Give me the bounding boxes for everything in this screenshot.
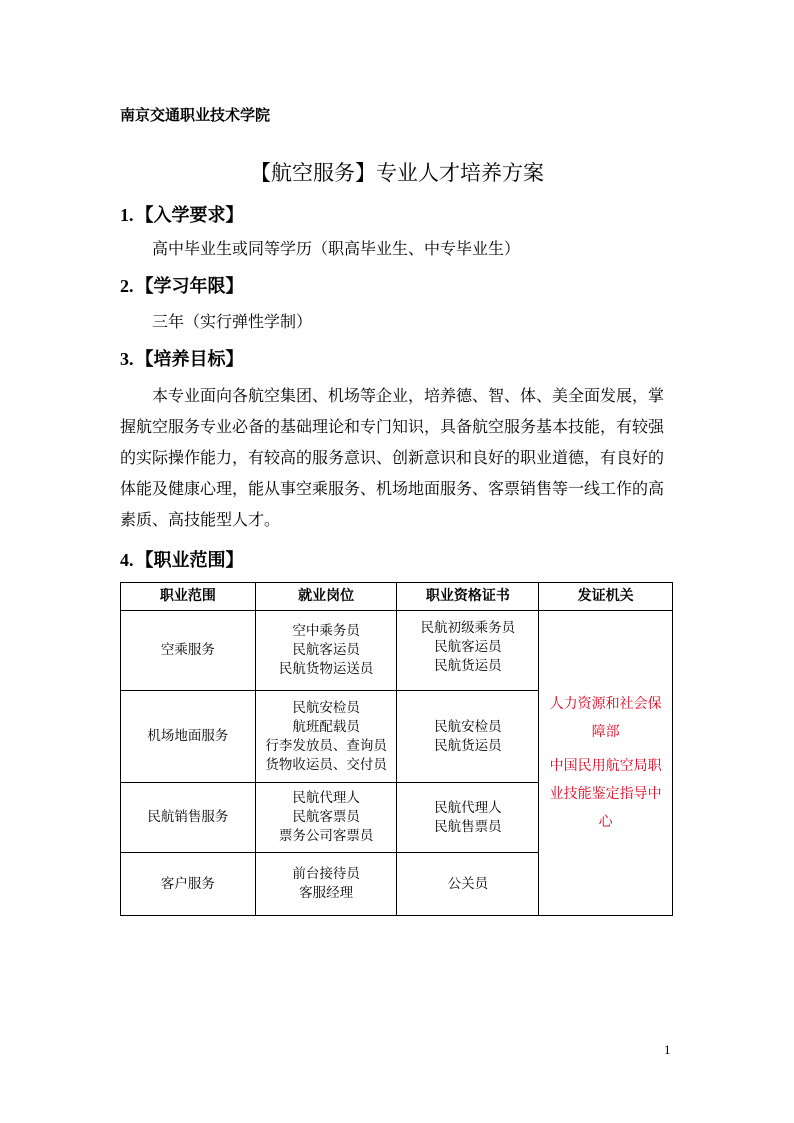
- section-title: 【职业范围】: [136, 550, 244, 571]
- position-item: 货物收运员、交付员: [256, 756, 397, 775]
- position-item: 民航货物运送员: [256, 660, 397, 679]
- section-title: 【入学要求】: [136, 205, 244, 226]
- training-objectives-paragraph: 本专业面向各航空集团、机场等企业，培养德、智、体、美全面发展，掌握航空服务专业必…: [120, 380, 672, 535]
- certificate-item: 民航售票员: [397, 818, 538, 837]
- career-scope-cell: 空乘服务: [121, 611, 256, 691]
- position-item: 民航代理人: [256, 789, 397, 808]
- issuer-cell: 人力资源和社会保障部 中国民用航空局职业技能鉴定指导中心: [539, 611, 673, 916]
- positions-cell: 空中乘务员 民航客运员 民航货物运送员: [255, 611, 397, 691]
- study-duration-text: 三年（实行弹性学制）: [152, 309, 312, 332]
- career-scope-cell: 客户服务: [121, 853, 256, 916]
- section-number: 3.: [120, 349, 134, 369]
- admission-requirement-text: 高中毕业生或同等学历（职高毕业生、中专毕业生）: [152, 236, 520, 259]
- position-item: 前台接待员: [256, 865, 397, 884]
- section-title: 【培养目标】: [136, 349, 244, 370]
- career-scope-cell: 民航销售服务: [121, 783, 256, 853]
- table-row: 空乘服务 空中乘务员 民航客运员 民航货物运送员 民航初级乘务员 民航客运员 民…: [121, 611, 673, 691]
- section-number: 4.: [120, 550, 134, 570]
- positions-cell: 民航代理人 民航客票员 票务公司客票员: [255, 783, 397, 853]
- header-career-scope: 职业范围: [121, 583, 256, 611]
- certificate-item: 民航初级乘务员: [397, 619, 538, 638]
- section-heading-career-scope: 4.【职业范围】: [120, 546, 244, 572]
- certificates-cell: 公关员: [397, 853, 539, 916]
- table-header-row: 职业范围 就业岗位 职业资格证书 发证机关: [121, 583, 673, 611]
- certificate-item: 民航安检员: [397, 718, 538, 737]
- position-item: 民航客票员: [256, 808, 397, 827]
- position-item: 民航客运员: [256, 641, 397, 660]
- issuer-hrss: 人力资源和社会保障部: [539, 690, 672, 746]
- positions-cell: 民航安检员 航班配载员 行李发放员、查询员 货物收运员、交付员: [255, 691, 397, 783]
- position-item: 客服经理: [256, 884, 397, 903]
- certificates-cell: 民航初级乘务员 民航客运员 民航货运员: [397, 611, 539, 691]
- header-positions: 就业岗位: [255, 583, 397, 611]
- section-number: 1.: [120, 205, 134, 225]
- issuer-caac: 中国民用航空局职业技能鉴定指导中心: [539, 752, 672, 836]
- section-heading-objectives: 3.【培养目标】: [120, 345, 244, 371]
- section-heading-duration: 2.【学习年限】: [120, 272, 244, 298]
- section-heading-admission: 1.【入学要求】: [120, 201, 244, 227]
- school-name: 南京交通职业技术学院: [120, 104, 270, 125]
- header-issuer: 发证机关: [539, 583, 673, 611]
- certificate-item: 公关员: [397, 875, 538, 894]
- section-number: 2.: [120, 276, 134, 296]
- certificate-item: 民航客运员: [397, 638, 538, 657]
- position-item: 空中乘务员: [256, 622, 397, 641]
- certificates-cell: 民航安检员 民航货运员: [397, 691, 539, 783]
- career-scope-table: 职业范围 就业岗位 职业资格证书 发证机关 空乘服务 空中乘务员 民航客运员 民…: [120, 582, 673, 916]
- positions-cell: 前台接待员 客服经理: [255, 853, 397, 916]
- section-title: 【学习年限】: [136, 276, 244, 297]
- position-item: 民航安检员: [256, 699, 397, 718]
- certificate-item: 民航货运员: [397, 737, 538, 756]
- position-item: 票务公司客票员: [256, 827, 397, 846]
- career-scope-cell: 机场地面服务: [121, 691, 256, 783]
- header-certificates: 职业资格证书: [397, 583, 539, 611]
- position-item: 航班配载员: [256, 718, 397, 737]
- certificate-item: 民航代理人: [397, 799, 538, 818]
- certificates-cell: 民航代理人 民航售票员: [397, 783, 539, 853]
- position-item: 行李发放员、查询员: [256, 737, 397, 756]
- document-title: 【航空服务】专业人才培养方案: [0, 157, 794, 187]
- page-number: 1: [664, 1042, 671, 1058]
- certificate-item: 民航货运员: [397, 657, 538, 676]
